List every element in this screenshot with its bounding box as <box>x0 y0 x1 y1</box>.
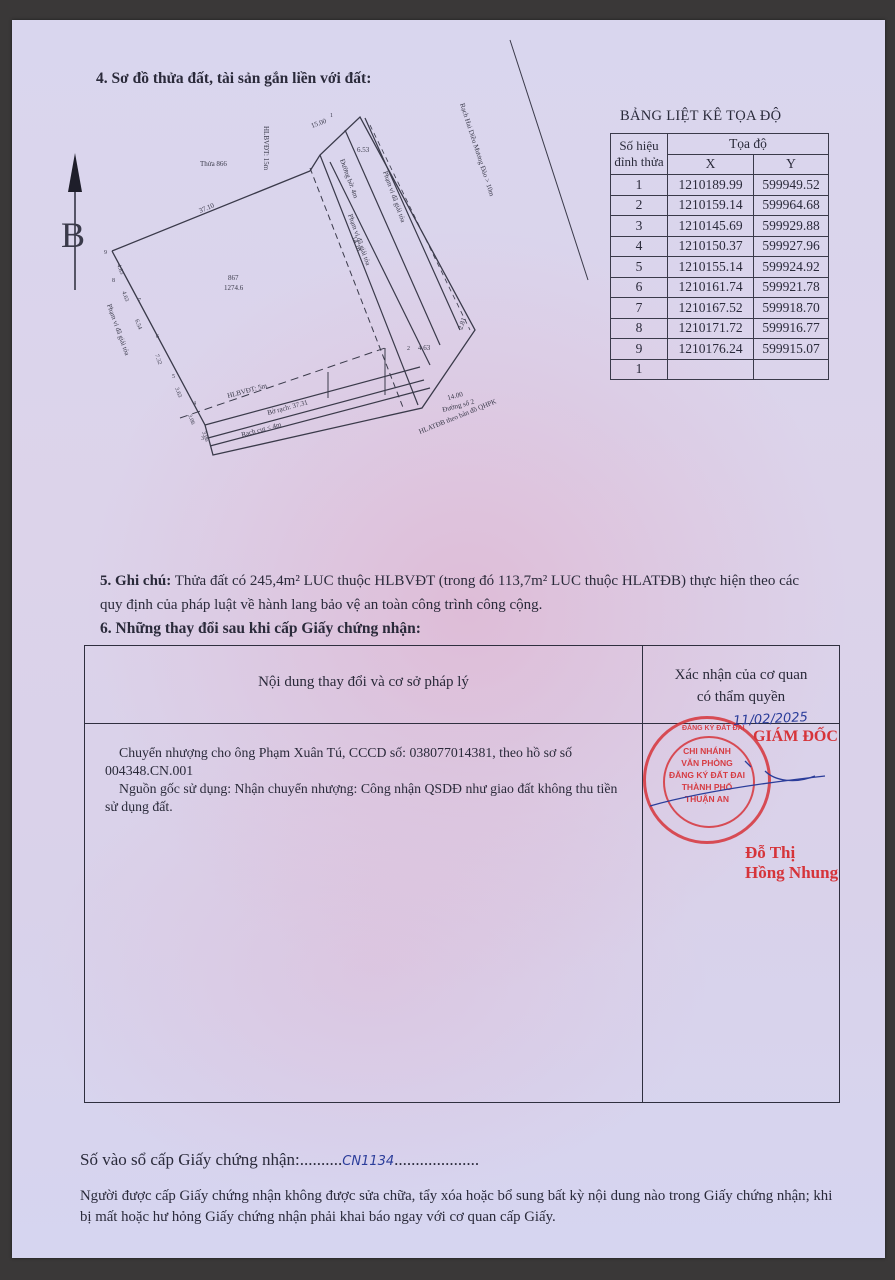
coord-cell-x: 1210176.24 <box>668 339 754 360</box>
signatory-title: GIÁM ĐỐC <box>753 728 838 746</box>
changes-header-content: Nội dung thay đổi và cơ sở pháp lý <box>85 674 642 691</box>
coordinate-row: 91210176.24599915.07 <box>611 339 829 360</box>
coord-cell-x: 1210155.14 <box>668 257 754 278</box>
label-hlbvdt-5m: HLBVĐT: 5m <box>226 382 268 400</box>
dots: .................... <box>394 1150 479 1169</box>
coord-cell-y: 599949.52 <box>754 175 829 196</box>
coordinate-row: 11210189.99599949.52 <box>611 175 829 196</box>
coord-cell-x: 1210145.69 <box>668 216 754 237</box>
col-header-x: X <box>668 154 754 175</box>
entry-origin: Nguồn gốc sử dụng: Nhận chuyển nhượng: C… <box>105 780 625 816</box>
label-left-edge: 4.83 <box>115 264 124 276</box>
coordinate-table: Số hiệu đỉnh thửa Tọa độ X Y 11210189.99… <box>610 133 829 380</box>
label-neighbor-parcel: Thửa 866 <box>200 160 227 168</box>
changes-table: Nội dung thay đổi và cơ sở pháp lý Xác n… <box>84 645 840 1103</box>
vertex-label: 7 <box>138 298 141 304</box>
label-top-edge: 15.00 <box>310 117 328 130</box>
coord-cell-id: 3 <box>611 216 668 237</box>
label-duong-bo: Đường bờ: 4m <box>338 158 360 200</box>
label-parcel-number: 867 <box>228 274 239 282</box>
signature-scribble <box>645 756 835 816</box>
signatory-name: Đỗ Thị Hồng Nhung <box>745 843 839 883</box>
col-header-coord: Tọa độ <box>668 134 829 155</box>
label-left-edge: 6.54 <box>133 319 142 331</box>
coordinate-row: 81210171.72599916.77 <box>611 318 829 339</box>
coord-cell-y: 599929.88 <box>754 216 829 237</box>
header-confirmation-line1: Xác nhận của cơ quan <box>643 664 839 686</box>
registration-number-line: Số vào sổ cấp Giấy chứng nhận:..........… <box>80 1150 479 1170</box>
coord-cell-x: 1210171.72 <box>668 318 754 339</box>
entry-transfer: Chuyển nhượng cho ông Phạm Xuân Tú, CCCD… <box>105 744 625 780</box>
coord-cell-id: 7 <box>611 298 668 319</box>
coord-cell-x: 1210161.74 <box>668 277 754 298</box>
label-edge-2-81: 2.81 <box>456 316 468 331</box>
vertex-label: 5 <box>172 374 175 380</box>
label-hlbvdt-15m: HLBVĐT: 15m <box>262 126 270 171</box>
signature-date: 11/02/2025 <box>733 710 809 729</box>
coord-cell-y: 599927.96 <box>754 236 829 257</box>
north-label: B <box>61 215 85 255</box>
label-left-edge: 7.32 <box>153 354 162 366</box>
coord-cell-x: 1210189.99 <box>668 175 754 196</box>
vertex-label: 4 <box>193 401 196 407</box>
coord-cell-id: 2 <box>611 195 668 216</box>
coordinate-row: 31210145.69599929.88 <box>611 216 829 237</box>
label-bo-rach: Bờ rạch: 37.31 <box>266 398 309 417</box>
col-header-y: Y <box>754 154 829 175</box>
changes-header-confirmation: Xác nhận của cơ quan có thẩm quyền <box>643 664 839 708</box>
coord-cell-x: 1210167.52 <box>668 298 754 319</box>
header-confirmation-line2: có thẩm quyền <box>643 686 839 708</box>
coord-cell-y: 599916.77 <box>754 318 829 339</box>
coord-cell-y <box>754 359 829 380</box>
coord-cell-id: 8 <box>611 318 668 339</box>
vertex-label: 9 <box>104 250 107 256</box>
coord-cell-id: 1 <box>611 359 668 380</box>
label-rach-hai-dieu: Rạch Hai Diều Mương Đào > 10m <box>458 102 496 198</box>
vertex-label: 2 <box>407 346 410 352</box>
section-6-title: 6. Những thay đổi sau khi cấp Giấy chứng… <box>100 620 421 638</box>
label-left-edge: 3.06 <box>186 414 195 426</box>
coordinate-row: 71210167.52599918.70 <box>611 298 829 319</box>
coord-cell-x: 1210150.37 <box>668 236 754 257</box>
coord-cell-id: 4 <box>611 236 668 257</box>
label-edge-4-63: 4.63 <box>418 344 431 352</box>
coord-cell-x: 1210159.14 <box>668 195 754 216</box>
coord-cell-id: 5 <box>611 257 668 278</box>
coord-cell-id: 1 <box>611 175 668 196</box>
coord-cell-y: 599918.70 <box>754 298 829 319</box>
label-left-edge: 3.63 <box>173 387 182 399</box>
coord-cell-y: 599915.07 <box>754 339 829 360</box>
label-pham-vi-left: Phạm vi đã giải tỏa <box>105 303 131 357</box>
coord-cell-id: 9 <box>611 339 668 360</box>
note-text: Thửa đất có 245,4m² LUC thuộc HLBVĐT (tr… <box>100 573 799 613</box>
coordinate-row: 41210150.37599927.96 <box>611 236 829 257</box>
coord-cell-y: 599921.78 <box>754 277 829 298</box>
coordinate-row: 1 <box>611 359 829 380</box>
registration-number: CN1134 <box>342 1154 394 1169</box>
coord-cell-x <box>668 359 754 380</box>
note-label: 5. Ghi chú: <box>100 573 171 589</box>
vertex-label: 1 <box>330 113 333 119</box>
coordinate-row: 21210159.14599964.68 <box>611 195 829 216</box>
coord-cell-y: 599924.92 <box>754 257 829 278</box>
vertex-label: 3 <box>201 436 204 442</box>
coordinate-row: 61210161.74599921.78 <box>611 277 829 298</box>
footer-notice: Người được cấp Giấy chứng nhận không đượ… <box>80 1186 840 1228</box>
registration-label: Số vào sổ cấp Giấy chứng nhận: <box>80 1150 300 1169</box>
label-left-edge: 4.63 <box>120 291 129 303</box>
vertex-label: 8 <box>112 278 115 284</box>
dots: .......... <box>300 1150 343 1169</box>
section-5-note: 5. Ghi chú: Thửa đất có 245,4m² LUC thuộ… <box>100 569 820 617</box>
coordinate-row: 51210155.14599924.92 <box>611 257 829 278</box>
change-entry: Chuyển nhượng cho ông Phạm Xuân Tú, CCCD… <box>105 744 625 816</box>
col-header-vertex: Số hiệu đỉnh thửa <box>611 134 668 175</box>
label-parcel-area: 1274.6 <box>224 284 244 292</box>
coord-cell-id: 6 <box>611 277 668 298</box>
coord-cell-y: 599964.68 <box>754 195 829 216</box>
vertex-label: 6 <box>156 334 159 340</box>
coordinate-table-title: BẢNG LIỆT KÊ TỌA ĐỘ <box>620 108 781 125</box>
label-top-segment: 6.53 <box>357 146 370 154</box>
